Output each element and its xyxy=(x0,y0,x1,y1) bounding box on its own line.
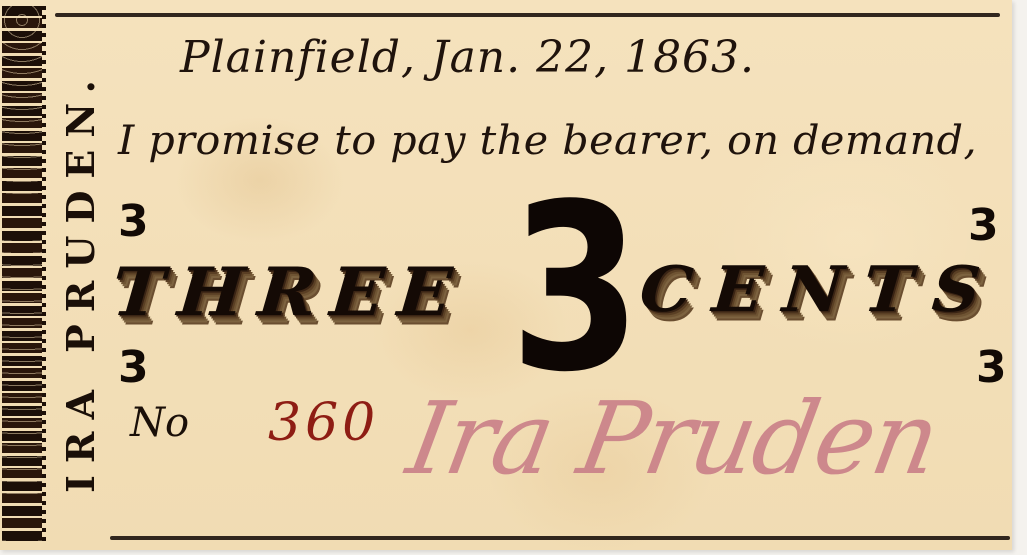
corner-numeral-bottom-left: 3 xyxy=(118,342,149,393)
serial-number: 360 xyxy=(268,393,379,453)
bottom-rule xyxy=(110,536,1010,540)
issuer-name: IRA PRUDEN. xyxy=(58,68,103,493)
serial-label-text: No xyxy=(130,400,189,446)
corner-numeral-bottom-right: 3 xyxy=(976,342,1007,393)
signature: Ira Pruden xyxy=(400,380,946,497)
place-date: Plainfield, Jan. 22, 1863. xyxy=(180,32,755,83)
banknote: IRA PRUDEN. Plainfield, Jan. 22, 1863. I… xyxy=(0,0,1012,550)
serial-label: No xyxy=(130,400,189,446)
word-cents: CENTS xyxy=(629,252,1010,326)
issuer-vertical: IRA PRUDEN. xyxy=(52,30,108,530)
top-rule xyxy=(55,13,1000,17)
corner-numeral-top-right: 3 xyxy=(968,200,999,251)
corner-numeral-top-left: 3 xyxy=(118,196,149,247)
denomination-numeral: 3 xyxy=(510,175,641,405)
word-three: THREE xyxy=(101,252,477,331)
ornamental-border xyxy=(2,6,42,542)
